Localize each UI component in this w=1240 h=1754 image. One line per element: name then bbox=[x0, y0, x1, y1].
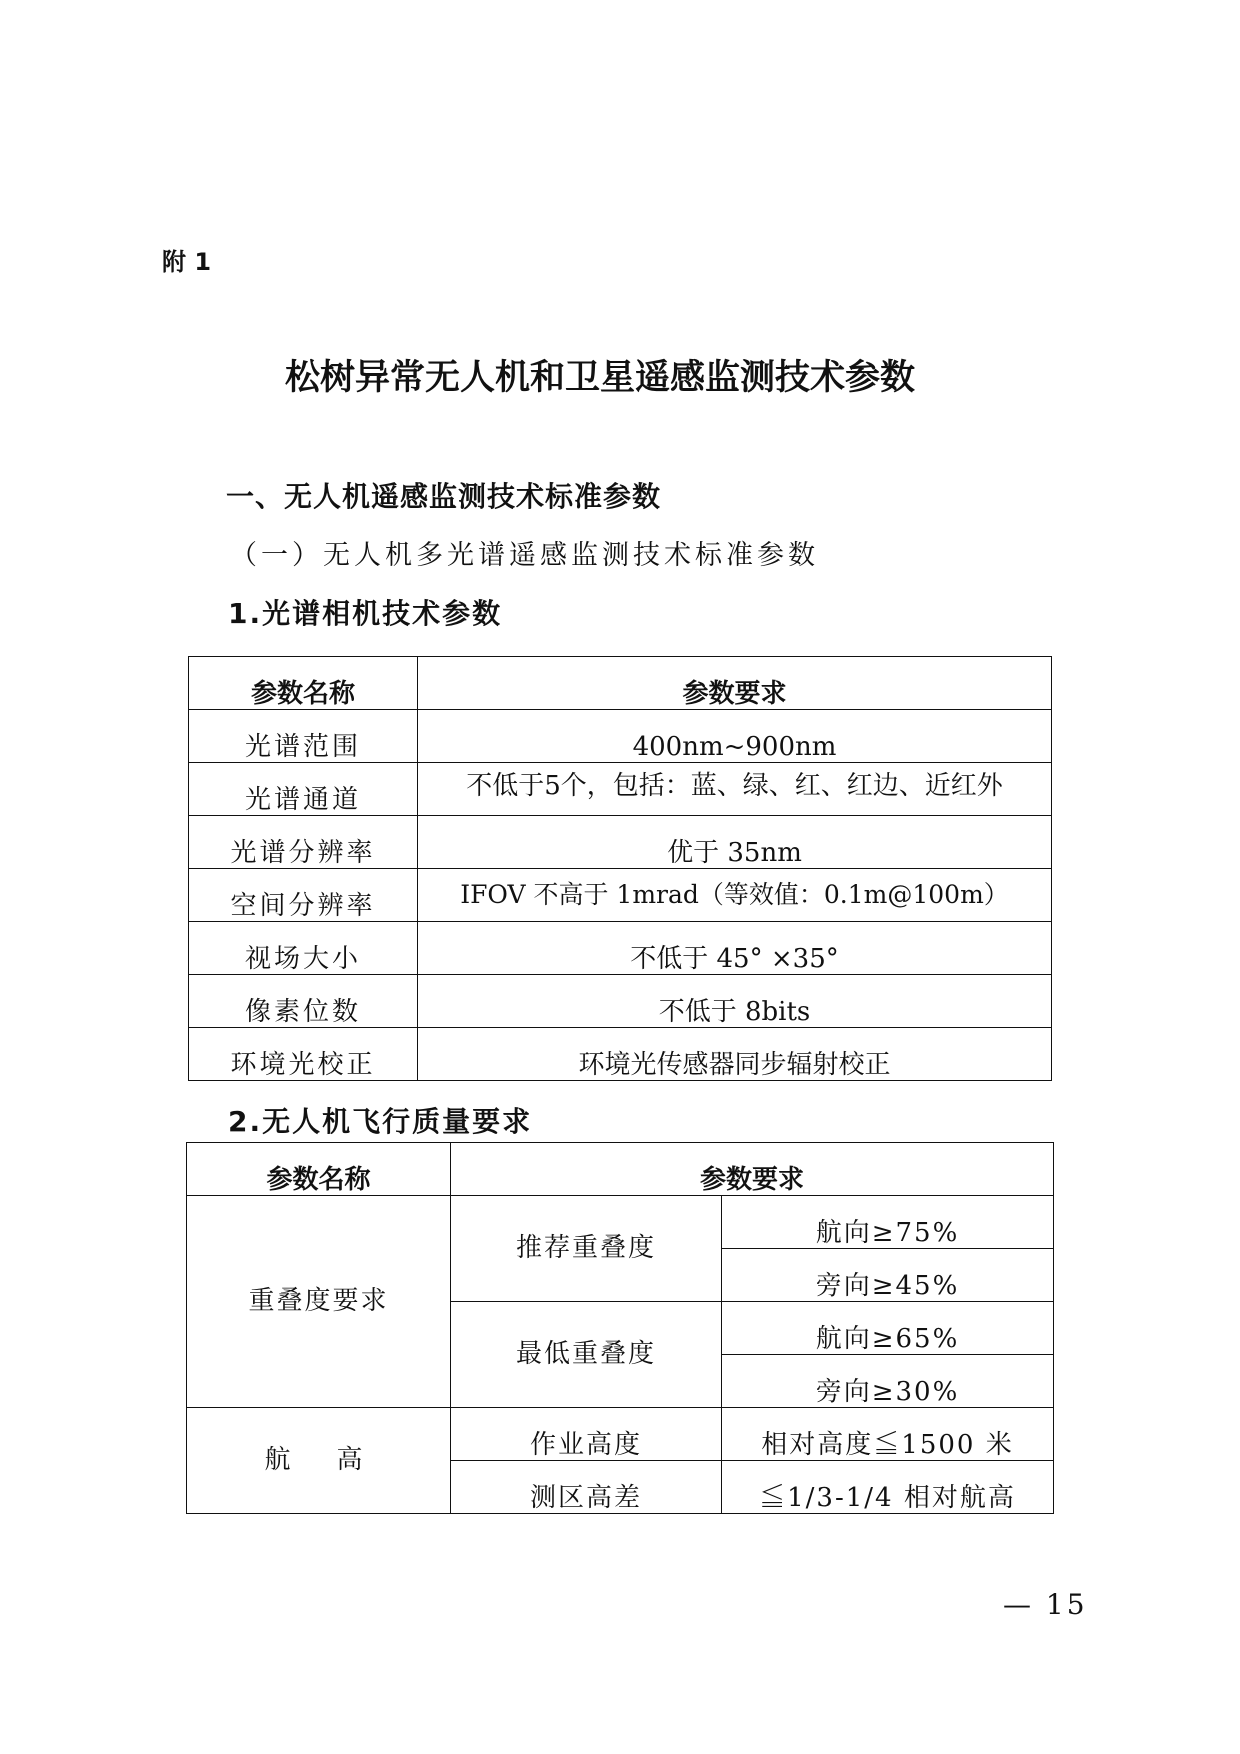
table-row: 空间分辨率 IFOV 不高于 1mrad（等效值：0.1m@100m） bbox=[189, 869, 1052, 922]
param-name: 视场大小 bbox=[189, 922, 418, 975]
param-value: 环境光传感器同步辐射校正 bbox=[418, 1028, 1052, 1081]
header-param-name: 参数名称 bbox=[189, 657, 418, 710]
value-forward-overlap: 航向≥65% bbox=[722, 1302, 1054, 1355]
param-name: 光谱范围 bbox=[189, 710, 418, 763]
param-name: 光谱通道 bbox=[189, 763, 418, 816]
param-name: 光谱分辨率 bbox=[189, 816, 418, 869]
document-title-text: 松树异常无人机和卫星遥感监测技术参数 bbox=[285, 350, 915, 400]
page-number: — 15 bbox=[1003, 1588, 1088, 1621]
subgroup-recommended-overlap: 推荐重叠度 bbox=[451, 1196, 722, 1302]
param-value: IFOV 不高于 1mrad（等效值：0.1m@100m） bbox=[418, 869, 1052, 922]
param-name: 像素位数 bbox=[189, 975, 418, 1028]
value-forward-overlap: 航向≥75% bbox=[722, 1196, 1054, 1249]
subgroup-terrain-difference: 测区高差 bbox=[451, 1461, 722, 1514]
table-row: 环境光校正 环境光传感器同步辐射校正 bbox=[189, 1028, 1052, 1081]
camera-params-table: 参数名称 参数要求 光谱范围 400nm~900nm 光谱通道 不低于5个，包括… bbox=[188, 656, 1052, 1081]
param-value: 不低于 45° ×35° bbox=[418, 922, 1052, 975]
subsection-heading: （一）无人机多光谱遥感监测技术标准参数 bbox=[230, 533, 819, 572]
value-side-overlap: 旁向≥45% bbox=[722, 1249, 1054, 1302]
header-param-requirement: 参数要求 bbox=[418, 657, 1052, 710]
annex-label: 附 1 bbox=[162, 242, 211, 277]
table-header-row: 参数名称 参数要求 bbox=[189, 657, 1052, 710]
item-heading-camera: 1.光谱相机技术参数 bbox=[228, 592, 502, 632]
param-name: 空间分辨率 bbox=[189, 869, 418, 922]
param-value: 优于 35nm bbox=[418, 816, 1052, 869]
param-value: 不低于 8bits bbox=[418, 975, 1052, 1028]
subgroup-minimum-overlap: 最低重叠度 bbox=[451, 1302, 722, 1408]
header-param-name: 参数名称 bbox=[187, 1143, 451, 1196]
table-row: 光谱通道 不低于5个，包括：蓝、绿、红、红边、近红外 bbox=[189, 763, 1052, 816]
group-name-overlap: 重叠度要求 bbox=[187, 1196, 451, 1408]
table-header-row: 参数名称 参数要求 bbox=[187, 1143, 1054, 1196]
table-row: 光谱范围 400nm~900nm bbox=[189, 710, 1052, 763]
table-row: 航 高 作业高度 相对高度≦1500 米 bbox=[187, 1408, 1054, 1461]
value-operating-height: 相对高度≦1500 米 bbox=[722, 1408, 1054, 1461]
param-name: 环境光校正 bbox=[189, 1028, 418, 1081]
subgroup-operating-height: 作业高度 bbox=[451, 1408, 722, 1461]
table-row: 重叠度要求 推荐重叠度 航向≥75% bbox=[187, 1196, 1054, 1249]
group-name-altitude: 航 高 bbox=[187, 1408, 451, 1514]
item-heading-flight: 2.无人机飞行质量要求 bbox=[228, 1100, 532, 1140]
value-side-overlap: 旁向≥30% bbox=[722, 1355, 1054, 1408]
value-terrain-difference: ≦1/3-1/4 相对航高 bbox=[722, 1461, 1054, 1514]
flight-quality-table: 参数名称 参数要求 重叠度要求 推荐重叠度 航向≥75% 旁向≥45% 最低重叠… bbox=[186, 1142, 1054, 1514]
table-row: 光谱分辨率 优于 35nm bbox=[189, 816, 1052, 869]
param-value: 不低于5个，包括：蓝、绿、红、红边、近红外 bbox=[418, 763, 1052, 816]
param-value: 400nm~900nm bbox=[418, 710, 1052, 763]
section-heading: 一、无人机遥感监测技术标准参数 bbox=[226, 475, 661, 515]
table-row: 像素位数 不低于 8bits bbox=[189, 975, 1052, 1028]
table-row: 视场大小 不低于 45° ×35° bbox=[189, 922, 1052, 975]
header-param-requirement: 参数要求 bbox=[451, 1143, 1054, 1196]
